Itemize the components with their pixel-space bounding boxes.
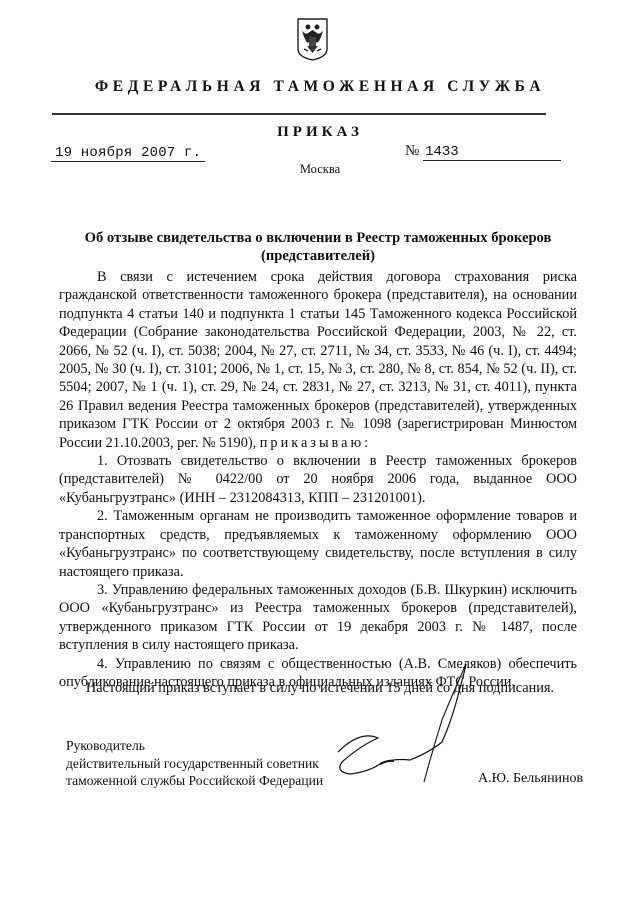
signatory-title-line-3: таможенной службы Российской Федерации: [66, 772, 323, 790]
order-item-2: 2. Таможенным органам не производить там…: [59, 507, 577, 581]
signatory-title-line-2: действительный государственный советник: [66, 755, 323, 773]
signatory-name: А.Ю. Бельянинов: [478, 771, 583, 787]
order-item-1: 1. Отозвать свидетельство о включении в …: [59, 452, 577, 507]
order-word: приказываю:: [260, 435, 371, 451]
document-number: № 1433: [405, 143, 575, 161]
heading-line-2: (представителей): [60, 247, 576, 265]
document-type: ПРИКАЗ: [0, 124, 640, 141]
agency-name: ФЕДЕРАЛЬНАЯ ТАМОЖЕННАЯ СЛУЖБА: [0, 78, 640, 96]
preamble-text: В связи с истечением срока действия дого…: [59, 269, 577, 451]
number-value: 1433: [423, 144, 561, 161]
document-heading: Об отзыве свидетельства о включении в Ре…: [60, 229, 576, 265]
heading-line-1: Об отзыве свидетельства о включении в Ре…: [60, 229, 576, 247]
preamble-paragraph: В связи с истечением срока действия дого…: [59, 268, 577, 452]
document-date: 19 ноября 2007 г.: [51, 145, 205, 162]
signatory-title: Руководитель действительный государствен…: [66, 737, 323, 790]
russian-coat-of-arms-icon: [296, 17, 329, 61]
city: Москва: [0, 162, 640, 177]
header-divider: [52, 113, 546, 115]
signatory-title-line-1: Руководитель: [66, 737, 323, 755]
document-body: В связи с истечением срока действия дого…: [59, 268, 577, 691]
handwritten-signature-icon: [320, 660, 480, 790]
number-sign: №: [405, 143, 419, 159]
order-item-3: 3. Управлению федеральных таможенных дох…: [59, 581, 577, 655]
